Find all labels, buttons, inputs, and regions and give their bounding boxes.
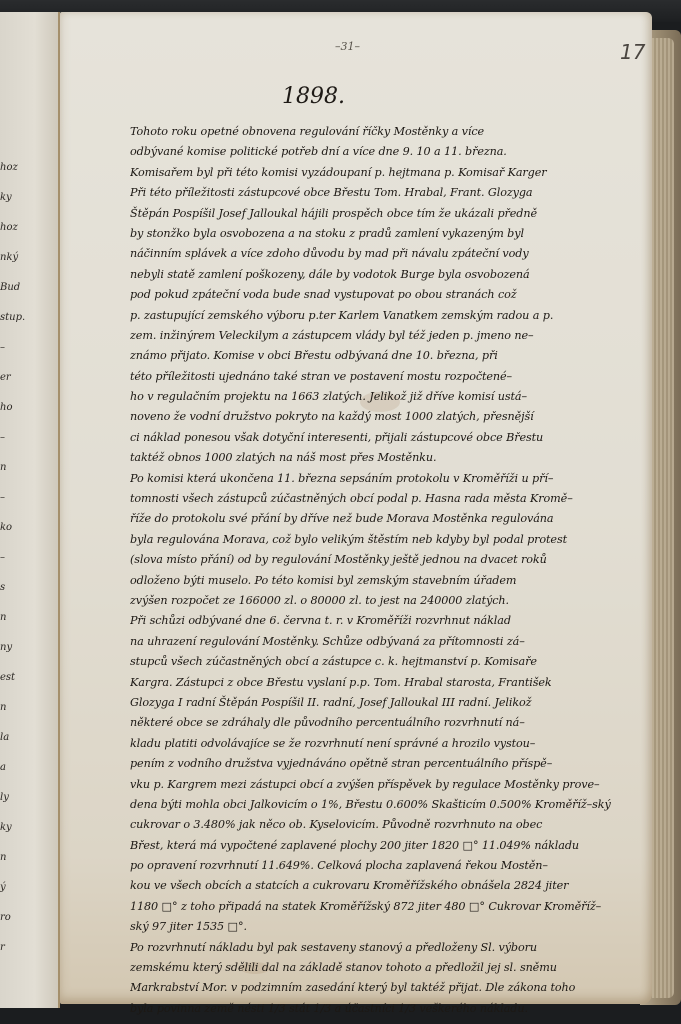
handwritten-line: stupců všech zúčastněných obcí a zástupc… bbox=[130, 652, 670, 672]
left-page-text-fragment: r bbox=[0, 942, 5, 953]
left-page-text-fragment: n bbox=[0, 852, 6, 863]
left-page-text-fragment: ky bbox=[0, 822, 12, 833]
handwritten-line: zvýšen rozpočet ze 166000 zl. o 80000 zl… bbox=[130, 591, 670, 611]
left-page-text-fragment: stup. bbox=[0, 312, 25, 323]
handwritten-line: vku p. Kargrem mezi zástupci obcí a zvýš… bbox=[130, 775, 670, 795]
left-page-text-fragment: – bbox=[0, 552, 5, 563]
handwritten-line: Štěpán Pospíšil Josef Jalloukal hájili p… bbox=[130, 204, 670, 224]
handwritten-line: pením z vodního družstva vyjednáváno opě… bbox=[130, 754, 670, 774]
left-page-text-fragment: n bbox=[0, 462, 6, 473]
handwritten-line: Kargra. Zástupci z obce Břestu vyslaní p… bbox=[130, 673, 670, 693]
handwritten-line: po opravení rozvrhnutí 11.649%. Celková … bbox=[130, 856, 670, 876]
handwritten-line: taktéž obnos 1000 zlatých na náš most př… bbox=[130, 448, 670, 468]
handwritten-line: ský 97 jiter 1535 □°. bbox=[130, 917, 670, 937]
left-page-text-fragment: – bbox=[0, 342, 5, 353]
handwritten-line: Markrabství Mor. v podzimním zasedání kt… bbox=[130, 978, 670, 998]
handwritten-line: Komisařem byl při této komisi vyzádoupan… bbox=[130, 163, 670, 183]
left-page-text-fragment: s bbox=[0, 582, 5, 593]
handwritten-line: noveno že vodní družstvo pokryto na každ… bbox=[130, 407, 670, 427]
handwritten-line: odbývané komise politické potřeb dní a v… bbox=[130, 142, 670, 162]
left-page-text-fragment: ho bbox=[0, 402, 12, 413]
handwritten-line: Glozyga I radní Štěpán Pospíšil II. radn… bbox=[130, 693, 670, 713]
left-page-text-fragment: ky bbox=[0, 192, 12, 203]
handwritten-line: tomnosti všech zástupců zúčastněných obc… bbox=[130, 489, 670, 509]
left-page-text-fragment: hoz bbox=[0, 222, 18, 233]
handwritten-line: Po komisi která ukončena 11. března seps… bbox=[130, 469, 670, 489]
left-page-text-fragment: – bbox=[0, 432, 5, 443]
handwritten-line: (slova místo přání) od by regulování Mos… bbox=[130, 550, 670, 570]
left-page-text-fragment: ko bbox=[0, 522, 12, 533]
handwritten-line: kladu platiti odvolávajíce se že rozvrhn… bbox=[130, 734, 670, 754]
left-page-text-fragment: la bbox=[0, 732, 9, 743]
left-page-text-fragment: hoz bbox=[0, 162, 18, 173]
left-page-text-fragment: er bbox=[0, 372, 11, 383]
handwritten-line: cukrovar o 3.480% jak něco ob. Kyselovic… bbox=[130, 815, 670, 835]
handwritten-line: na uhrazení regulování Mostěnky. Schůze … bbox=[130, 632, 670, 652]
left-facing-page: hozkyhoznkýBudstup.–erho–n–ko–snnyestnla… bbox=[0, 12, 60, 1008]
left-page-text-fragment: ro bbox=[0, 912, 11, 923]
left-page-text-fragment: n bbox=[0, 612, 6, 623]
left-page-text-fragment: ý bbox=[0, 882, 6, 893]
page-number: 17 bbox=[620, 40, 645, 64]
handwritten-line: nebyli statě zamlení poškozeny, dále by … bbox=[130, 265, 670, 285]
handwritten-line: odloženo býti muselo. Po této komisi byl… bbox=[130, 571, 670, 591]
handwritten-line: této příležitosti ujednáno také stran ve… bbox=[130, 367, 670, 387]
manuscript-page: –31– 17 1898. Tohoto roku opetné obnoven… bbox=[60, 12, 652, 1004]
folio-number: –31– bbox=[335, 40, 360, 53]
left-page-text-fragment: ny bbox=[0, 642, 12, 653]
handwritten-line: zemskému který sdělili dal na základě st… bbox=[130, 958, 670, 978]
handwritten-line: zem. inžinýrem Veleckilym a zástupcem vl… bbox=[130, 326, 670, 346]
handwritten-line: některé obce se zdráhaly dle původního p… bbox=[130, 713, 670, 733]
left-page-text-fragment: nký bbox=[0, 252, 18, 263]
handwritten-line: dena býti mohla obci Jalkovicím o 1%, Bř… bbox=[130, 795, 670, 815]
year-heading: 1898. bbox=[282, 84, 345, 109]
handwritten-line: Tohoto roku opetné obnovena regulování ř… bbox=[130, 122, 670, 142]
handwritten-line: Po rozvrhnutí nákladu byl pak sestaveny … bbox=[130, 938, 670, 958]
handwritten-line: známo přijato. Komise v obci Břestu odbý… bbox=[130, 346, 670, 366]
handwritten-line: Břest, která má vypočtené zaplavené ploc… bbox=[130, 836, 670, 856]
handwritten-line: 1180 □° z toho připadá na statek Kroměří… bbox=[130, 897, 670, 917]
handwritten-line: Při schůzi odbývané dne 6. června t. r. … bbox=[130, 611, 670, 631]
handwritten-line: ci náklad ponesou však dotyční interesen… bbox=[130, 428, 670, 448]
handwritten-text-body: Tohoto roku opetné obnovena regulování ř… bbox=[130, 122, 670, 1019]
handwritten-line: byla povinna země nésti 1/3 stát 1/3 a ú… bbox=[130, 999, 670, 1019]
handwritten-line: byla regulována Morava, což bylo velikým… bbox=[130, 530, 670, 550]
left-page-text-fragment: n bbox=[0, 702, 6, 713]
handwritten-line: ho v regulačním projektu na 1663 zlatých… bbox=[130, 387, 670, 407]
left-page-text-fragment: ly bbox=[0, 792, 9, 803]
handwritten-line: kou ve všech obcích a statcích a cukrova… bbox=[130, 876, 670, 896]
left-page-text-fragment: a bbox=[0, 762, 6, 773]
handwritten-line: náčinním splávek a více zdoho důvodu by … bbox=[130, 244, 670, 264]
handwritten-line: Při této příležitosti zástupcové obce Bř… bbox=[130, 183, 670, 203]
handwritten-line: by stonžko byla osvobozena a na stoku z … bbox=[130, 224, 670, 244]
left-page-text-fragment: est bbox=[0, 672, 15, 683]
handwritten-line: pod pokud zpáteční voda bude snad vystup… bbox=[130, 285, 670, 305]
left-page-text-fragment: Bud bbox=[0, 282, 20, 293]
left-page-text-fragment: – bbox=[0, 492, 5, 503]
handwritten-line: říže do protokolu své přání by dříve než… bbox=[130, 509, 670, 529]
handwritten-line: p. zastupující zemského výboru p.ter Kar… bbox=[130, 306, 670, 326]
